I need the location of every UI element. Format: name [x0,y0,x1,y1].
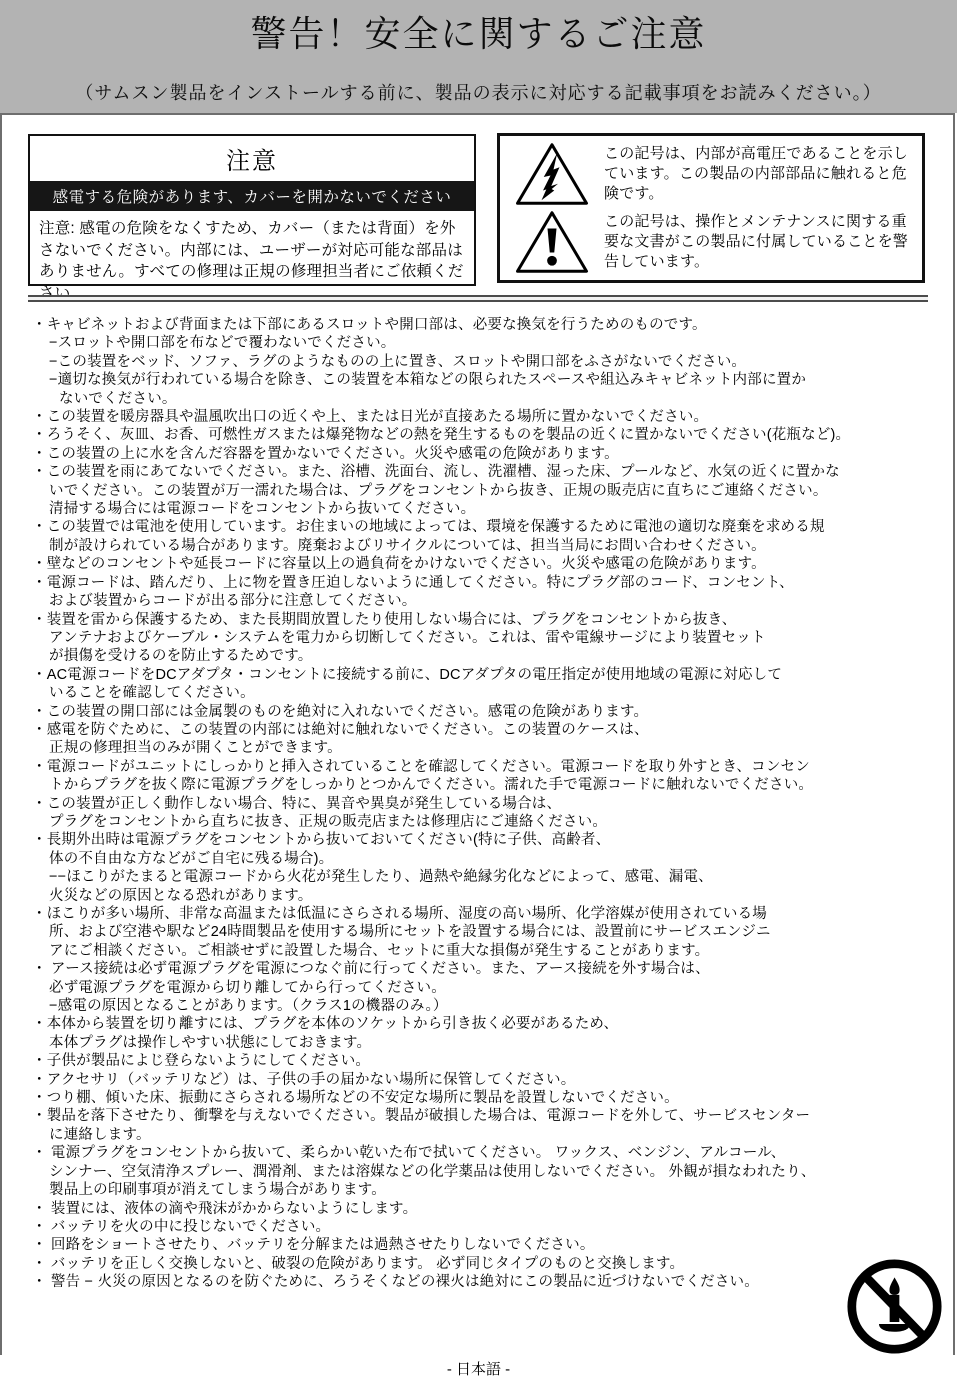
symbol-text: この記号は、内部が高電圧であることを示しています。この製品の内部部品に触れると危… [604,144,922,204]
instruction-line: 火災などの原因となる恐れがあります。 [32,887,943,905]
instruction-line: ・この装置の開口部には金属製のものを絶対に入れないでください。感電の危険がありま… [32,703,943,721]
instruction-line: 制が設けられている場合があります。廃棄およびリサイクルについては、担当当局にお問… [32,537,943,555]
instruction-line: −感電の原因となることがあります。（クラス1の機器のみ。） [32,997,943,1015]
instruction-line: ・ 電源プラグをコンセントから抜いて、柔らかい乾いた布で拭いてください。 ワック… [32,1144,943,1162]
instruction-line: 正規の修理担当のみが開くことができます。 [32,739,943,757]
instruction-line: アンテナおよびケーブル・システムを電力から切断してください。これは、雷や電線サー… [32,629,943,647]
instruction-line: ・つり棚、傾いた床、振動にさらされる場所などの不安定な場所に製品を設置しないでく… [32,1089,943,1107]
symbol-row-exclamation: この記号は、操作とメンテナンスに関する重要な文書がこの製品に付属していることを警… [500,209,922,275]
instruction-line: ・壁などのコンセントや延長コードに容量以上の過負荷をかけないでください。火災や感… [32,555,943,573]
instruction-line: ・キャビネットおよび背面または下部にあるスロットや開口部は、必要な換気を行うため… [32,316,943,334]
instruction-line: −−ほこりがたまると電源コードから火花が発生したり、過熱や絶縁劣化などによって、… [32,868,943,886]
content-frame: 注意 感電する危険があります、カバーを開かないでください 注意: 感電の危険をな… [0,113,955,1357]
instruction-line: ・この装置が正しく動作しない場合、特に、異音や異臭が発生している場合は、 [32,795,943,813]
safety-warning-page: 警告！安全に関するご注意 （サムスン製品をインストールする前に、製品の表示に対応… [0,0,957,1378]
footer-language-label: - 日本語 - [0,1355,957,1378]
symbol-row-high-voltage: この記号は、内部が高電圧であることを示しています。この製品の内部部品に触れると危… [500,141,922,207]
instruction-line: ・この装置では電池を使用しています。お住まいの地域によっては、環境を保護するため… [32,518,943,536]
instruction-line: に連絡します。 [32,1126,943,1144]
instruction-line: ・ 回路をショートさせたり、バッテリを分解または過熱させたりしないでください。 [32,1236,943,1254]
instruction-line: ・ アース接続は必ず電源プラグを電源につなぐ前に行ってください。また、アース接続… [32,960,943,978]
instruction-line: シンナー、空気清浄スプレー、潤滑剤、または溶媒などの化学薬品は使用しないでくださ… [32,1163,943,1181]
page-title: 警告！安全に関するご注意 [0,0,957,57]
instruction-line: ・感電を防ぐために、この装置の内部には絶対に触れないでください。この装置のケース… [32,721,943,739]
header-banner: 警告！安全に関するご注意 （サムスン製品をインストールする前に、製品の表示に対応… [0,0,957,113]
instruction-line: ・本体から装置を切り離すには、プラグを本体のソケットから引き抜く必要があるため、 [32,1015,943,1033]
instruction-line: 体の不自由な方などがご自宅に残る場合)。 [32,850,943,868]
instruction-line: および装置からコードが出る部分に注意してください。 [32,592,943,610]
instruction-line: が損傷を受けるのを防止するためです。 [32,647,943,665]
instruction-line: トからプラグを抜く際に電源プラグをしっかりとつかんでください。濡れた手で電源コー… [32,776,943,794]
instruction-line: ・ 装置には、液体の滴や飛沫がかからないようにします。 [32,1200,943,1218]
instruction-line: −適切な換気が行われている場合を除き、この装置を本箱などの限られたスペースや組込… [32,371,943,389]
instruction-line: 所、および空港や駅など24時間製品を使用する場所にセットを設置する場合には、設置… [32,923,943,941]
instruction-line: ・アクセサリ（バッテリなど）は、子供の手の届かない場所に保管してください。 [32,1071,943,1089]
symbols-box: この記号は、内部が高電圧であることを示しています。この製品の内部部品に触れると危… [497,133,925,283]
instruction-line: 必ず電源プラグを電源から切り離してから行ってください。 [32,979,943,997]
instruction-line: ・電源コードがユニットにしっかりと挿入されていることを確認してください。電源コー… [32,758,943,776]
caution-banner: 感電する危険があります、カバーを開かないでください [30,181,474,211]
instruction-line: ・この装置の上に水を含んだ容器を置かないでください。火災や感電の危険があります。 [32,445,943,463]
instruction-line: −この装置をベッド、ソファ、ラグのようなものの上に置き、スロットや開口部をふさが… [32,353,943,371]
instruction-line: −スロットや開口部を布などで覆わないでください。 [32,334,943,352]
instruction-line: ・AC電源コードをDCアダプタ・コンセントに接続する前に、DCアダプタの電圧指定… [32,666,943,684]
no-candle-prohibition-icon [846,1258,943,1355]
instruction-line: ・ 警告 − 火災の原因となるのを防ぐために、ろうそくなどの裸火は絶対にこの製品… [32,1273,943,1291]
instruction-line: ・この装置を暖房器具や温風吹出口の近くや上、または日光が直接あたる場所に置かない… [32,408,943,426]
instruction-line: いることを確認してください。 [32,684,943,702]
exclamation-triangle-icon [500,209,604,275]
instruction-line: ・ろうそく、灰皿、お香、可燃性ガスまたは爆発物などの熱を発生するものを製品の近く… [32,426,943,444]
instruction-line: ・ バッテリを火の中に投じないでください。 [32,1218,943,1236]
instruction-line: 清掃する場合には電源コードをコンセントから抜いてください。 [32,500,943,518]
instruction-line: いでください。この装置が万一濡れた場合は、プラグをコンセントから抜き、正規の販売… [32,482,943,500]
instruction-line: 本体プラグは操作しやすい状態にしておきます。 [32,1034,943,1052]
section-separator [28,295,928,302]
instruction-line: ないでください。 [32,390,943,408]
instruction-line: ・長期外出時は電源プラグをコンセントから抜いておいてください(特に子供、高齢者、 [32,831,943,849]
caution-title: 注意 [30,136,474,181]
caution-box: 注意 感電する危険があります、カバーを開かないでください 注意: 感電の危険をな… [28,134,476,286]
page-subtitle: （サムスン製品をインストールする前に、製品の表示に対応する記載事項をお読みくださ… [0,57,957,105]
instruction-line: 製品上の印刷事項が消えてしまう場合があります。 [32,1181,943,1199]
instruction-list: ・キャビネットおよび背面または下部にあるスロットや開口部は、必要な換気を行うため… [32,316,943,1347]
instruction-line: ・電源コードは、踏んだり、上に物を置き圧迫しないように通してください。特にプラグ… [32,574,943,592]
instruction-line: ・ バッテリを正しく交換しないと、破裂の危険があります。 必ず同じタイプのものと… [32,1255,943,1273]
symbol-text: この記号は、操作とメンテナンスに関する重要な文書がこの製品に付属していることを警… [604,212,922,272]
instruction-line: ・製品を落下させたり、衝撃を与えないでください。製品が破損した場合は、電源コード… [32,1107,943,1125]
instruction-line: ・子供が製品によじ登らないようにしてください。 [32,1052,943,1070]
instruction-line: ・この装置を雨にあてないでください。また、浴槽、洗面台、流し、洗濯槽、湿った床、… [32,463,943,481]
instruction-line: アにご相談ください。ご相談せずに設置した場合、セットに重大な損傷が発生することが… [32,942,943,960]
instruction-line: プラグをコンセントから直ちに抜き、正規の販売店または修理店にご連絡ください。 [32,813,943,831]
high-voltage-triangle-icon [500,141,604,207]
instruction-line: ・ほこりが多い場所、非常な高温または低温にさらされる場所、湿度の高い場所、化学溶… [32,905,943,923]
instruction-line: ・装置を雷から保護するため、また長期間放置したり使用しない場合には、プラグをコン… [32,611,943,629]
